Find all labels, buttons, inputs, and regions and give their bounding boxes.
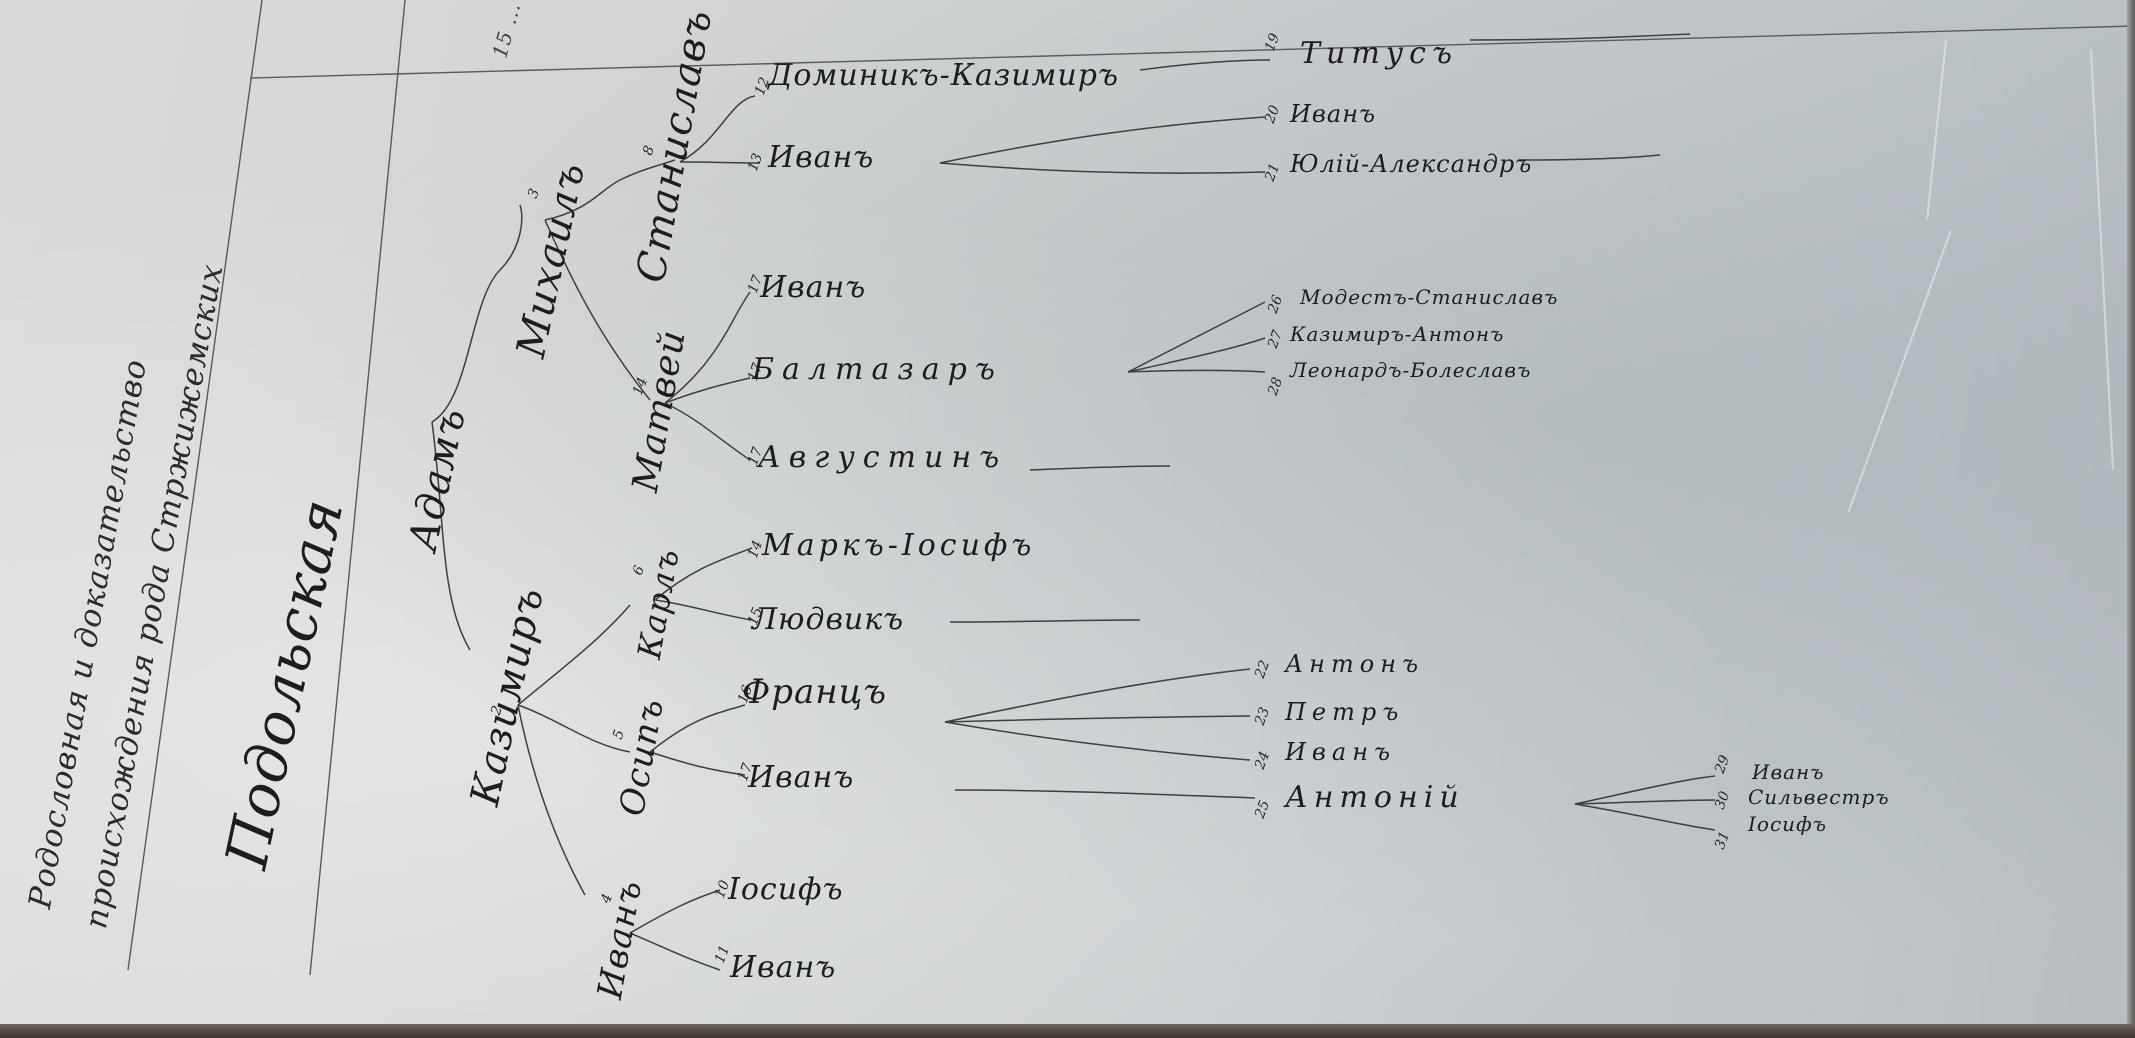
tree-node-avgustin: Августинъ [758, 440, 1007, 475]
tree-node-anton: Антонъ [1285, 650, 1424, 678]
tree-node-yuliy: Юлій-Александръ [1290, 150, 1532, 178]
tree-node-dominik: Доминикъ-Казимиръ [768, 58, 1119, 93]
tree-node-ivan-s: Иванъ [748, 760, 854, 795]
tree-node-frants: Францъ [742, 672, 887, 712]
tree-node-titus: Титусъ [1300, 36, 1458, 71]
page-edge-bottom [0, 1024, 2135, 1038]
tree-node-ivan-m: Иванъ [760, 270, 866, 305]
document-page: Родословная и доказательство происхожден… [0, 0, 2135, 1038]
tree-node-silvestr: Сильвестръ [1748, 785, 1890, 809]
tree-node-iosif-10: Іосифъ [728, 872, 844, 907]
tree-node-ivan-24: Иванъ [1285, 738, 1396, 766]
tree-node-kazimir-anton: Казимиръ-Антонъ [1290, 322, 1504, 346]
tree-node-modest: Модестъ-Станиславъ [1300, 285, 1558, 309]
tree-node-ivan-20: Иванъ [1290, 100, 1376, 128]
page-edge-right [2127, 0, 2135, 1038]
tree-node-ivan-11: Иванъ [730, 950, 836, 985]
tree-node-baltazar: Балтазаръ [752, 352, 1003, 387]
tree-node-antoniy: Антоній [1285, 780, 1465, 815]
tree-node-ivan-13: Иванъ [768, 140, 874, 175]
tree-node-lyudvik: Людвикъ [752, 602, 904, 637]
tree-node-ivan-29: Иванъ [1752, 760, 1825, 784]
tree-node-leonard: Леонардъ-Болеславъ [1290, 358, 1531, 382]
tree-node-iosif-31: Іосифъ [1748, 812, 1827, 836]
tree-node-mark: Маркъ-Іосифъ [762, 528, 1035, 563]
tree-node-petr: Петръ [1285, 698, 1404, 726]
